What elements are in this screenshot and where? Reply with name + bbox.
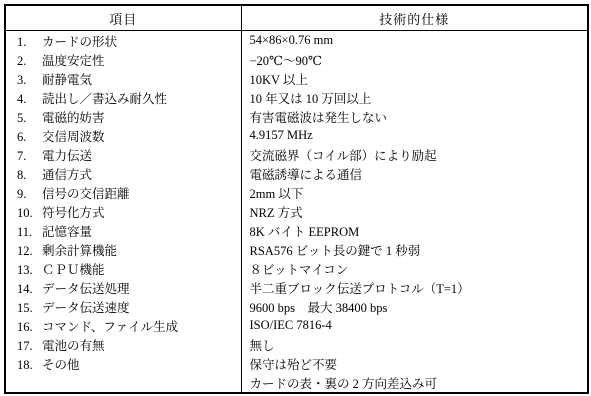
column-header-item: 項目 (5, 5, 241, 31)
row-spec-value: 8K バイト EEPROM (241, 221, 588, 240)
row-spec-value: 10KV 以上 (241, 69, 588, 88)
item-cell: 5.電磁的妨害 (5, 107, 241, 126)
table-row: 2.温度安定性−20℃～90℃ (5, 50, 588, 69)
table-row: 14.データ伝送処理半二重ブロック伝送プロトコル（T=1） (5, 278, 588, 297)
row-spec-value: カードの表・裏の 2 方向差込み可 (241, 373, 588, 393)
row-spec-value: 交流磁界（コイル部）により励起 (241, 145, 588, 164)
row-item-label: 記憶容量 (42, 225, 92, 239)
row-item-label: 温度安定性 (42, 54, 105, 68)
document-page: 項目 技術的仕様 1.カードの形状54×86×0.76 mm2.温度安定性−20… (0, 0, 591, 396)
item-cell: 4.読出し／書込み耐久性 (5, 88, 241, 107)
table-row: 16.コマンド、ファイル生成ISO/IEC 7816-4 (5, 316, 588, 335)
row-item-label: 電磁的妨害 (42, 111, 105, 125)
row-spec-value: 半二重ブロック伝送プロトコル（T=1） (241, 278, 588, 297)
row-item-label: 読出し／書込み耐久性 (42, 92, 167, 106)
row-number: 18. (6, 358, 42, 373)
row-item-label: データ伝送速度 (42, 301, 130, 315)
row-spec-value: ISO/IEC 7816-4 (241, 316, 588, 335)
table-row: 8.通信方式電磁誘導による通信 (5, 164, 588, 183)
table-row: 5.電磁的妨害有害電磁波は発生しない (5, 107, 588, 126)
row-item-label: その他 (42, 358, 80, 372)
row-item-label: 耐静電気 (42, 73, 92, 87)
row-spec-value: RSA576 ビット長の鍵で 1 秒弱 (241, 240, 588, 259)
row-item-label: データ伝送処理 (42, 282, 130, 296)
row-item-label: 電力伝送 (42, 149, 92, 163)
item-cell: 12.剰余計算機能 (5, 240, 241, 259)
row-spec-value: 10 年又は 10 万回以上 (241, 88, 588, 107)
table-row: 4.読出し／書込み耐久性10 年又は 10 万回以上 (5, 88, 588, 107)
row-number: 15. (6, 301, 42, 316)
item-cell: 6.交信周波数 (5, 126, 241, 145)
row-number: 4. (6, 92, 42, 107)
table-row: 18.その他保守は殆ど不要 (5, 354, 588, 373)
table-row: 17.電池の有無無し (5, 335, 588, 354)
item-cell: 18.その他 (5, 354, 241, 373)
item-cell: 9.信号の交信距離 (5, 183, 241, 202)
item-cell (5, 373, 241, 393)
table-row: 12.剰余計算機能RSA576 ビット長の鍵で 1 秒弱 (5, 240, 588, 259)
table-row: 7.電力伝送交流磁界（コイル部）により励起 (5, 145, 588, 164)
row-item-label: ＣＰＵ機能 (42, 263, 105, 277)
row-spec-value: 保守は殆ど不要 (241, 354, 588, 373)
row-number: 7. (6, 149, 42, 164)
row-spec-value: ８ビットマイコン (241, 259, 588, 278)
row-number: 3. (6, 73, 42, 88)
table-row: カードの表・裏の 2 方向差込み可 (5, 373, 588, 393)
row-number: 14. (6, 282, 42, 297)
row-spec-value: 9600 bps 最大 38400 bps (241, 297, 588, 316)
table-row: 10.符号化方式NRZ 方式 (5, 202, 588, 221)
item-cell: 8.通信方式 (5, 164, 241, 183)
row-number: 13. (6, 263, 42, 278)
item-cell: 13.ＣＰＵ機能 (5, 259, 241, 278)
spec-table: 項目 技術的仕様 1.カードの形状54×86×0.76 mm2.温度安定性−20… (4, 4, 589, 394)
row-item-label: カードの形状 (42, 35, 117, 49)
item-cell: 16.コマンド、ファイル生成 (5, 316, 241, 335)
item-cell: 7.電力伝送 (5, 145, 241, 164)
row-number: 6. (6, 130, 42, 145)
row-number: 9. (6, 187, 42, 202)
row-number: 2. (6, 54, 42, 69)
row-item-label: 信号の交信距離 (42, 187, 130, 201)
row-item-label: コマンド、ファイル生成 (42, 320, 178, 334)
row-item-label: 符号化方式 (42, 206, 105, 220)
row-number: 1. (6, 35, 42, 50)
table-row: 3.耐静電気10KV 以上 (5, 69, 588, 88)
row-spec-value: 有害電磁波は発生しない (241, 107, 588, 126)
row-item-label: 電池の有無 (42, 339, 105, 353)
row-spec-value: 2mm 以下 (241, 183, 588, 202)
row-number: 5. (6, 111, 42, 126)
table-row: 15.データ伝送速度9600 bps 最大 38400 bps (5, 297, 588, 316)
row-number: 16. (6, 320, 42, 335)
row-item-label: 剰余計算機能 (42, 244, 117, 258)
row-number: 8. (6, 168, 42, 183)
item-cell: 11.記憶容量 (5, 221, 241, 240)
row-spec-value: 4.9157 MHz (241, 126, 588, 145)
item-cell: 1.カードの形状 (5, 31, 241, 51)
table-row: 9.信号の交信距離2mm 以下 (5, 183, 588, 202)
table-row: 11.記憶容量8K バイト EEPROM (5, 221, 588, 240)
row-number: 12. (6, 244, 42, 259)
row-number: 10. (6, 206, 42, 221)
row-item-label: 交信周波数 (42, 130, 105, 144)
row-spec-value: −20℃～90℃ (241, 50, 588, 69)
row-spec-value: 電磁誘導による通信 (241, 164, 588, 183)
table-row: 13.ＣＰＵ機能８ビットマイコン (5, 259, 588, 278)
row-number: 17. (6, 339, 42, 354)
header-row: 項目 技術的仕様 (5, 5, 588, 31)
item-cell: 3.耐静電気 (5, 69, 241, 88)
item-cell: 14.データ伝送処理 (5, 278, 241, 297)
row-spec-value: 無し (241, 335, 588, 354)
item-cell: 15.データ伝送速度 (5, 297, 241, 316)
item-cell: 2.温度安定性 (5, 50, 241, 69)
row-number: 11. (6, 225, 42, 240)
row-spec-value: 54×86×0.76 mm (241, 31, 588, 51)
table-row: 1.カードの形状54×86×0.76 mm (5, 31, 588, 51)
row-item-label: 通信方式 (42, 168, 92, 182)
item-cell: 10.符号化方式 (5, 202, 241, 221)
row-spec-value: NRZ 方式 (241, 202, 588, 221)
column-header-spec: 技術的仕様 (241, 5, 588, 31)
table-row: 6.交信周波数4.9157 MHz (5, 126, 588, 145)
item-cell: 17.電池の有無 (5, 335, 241, 354)
